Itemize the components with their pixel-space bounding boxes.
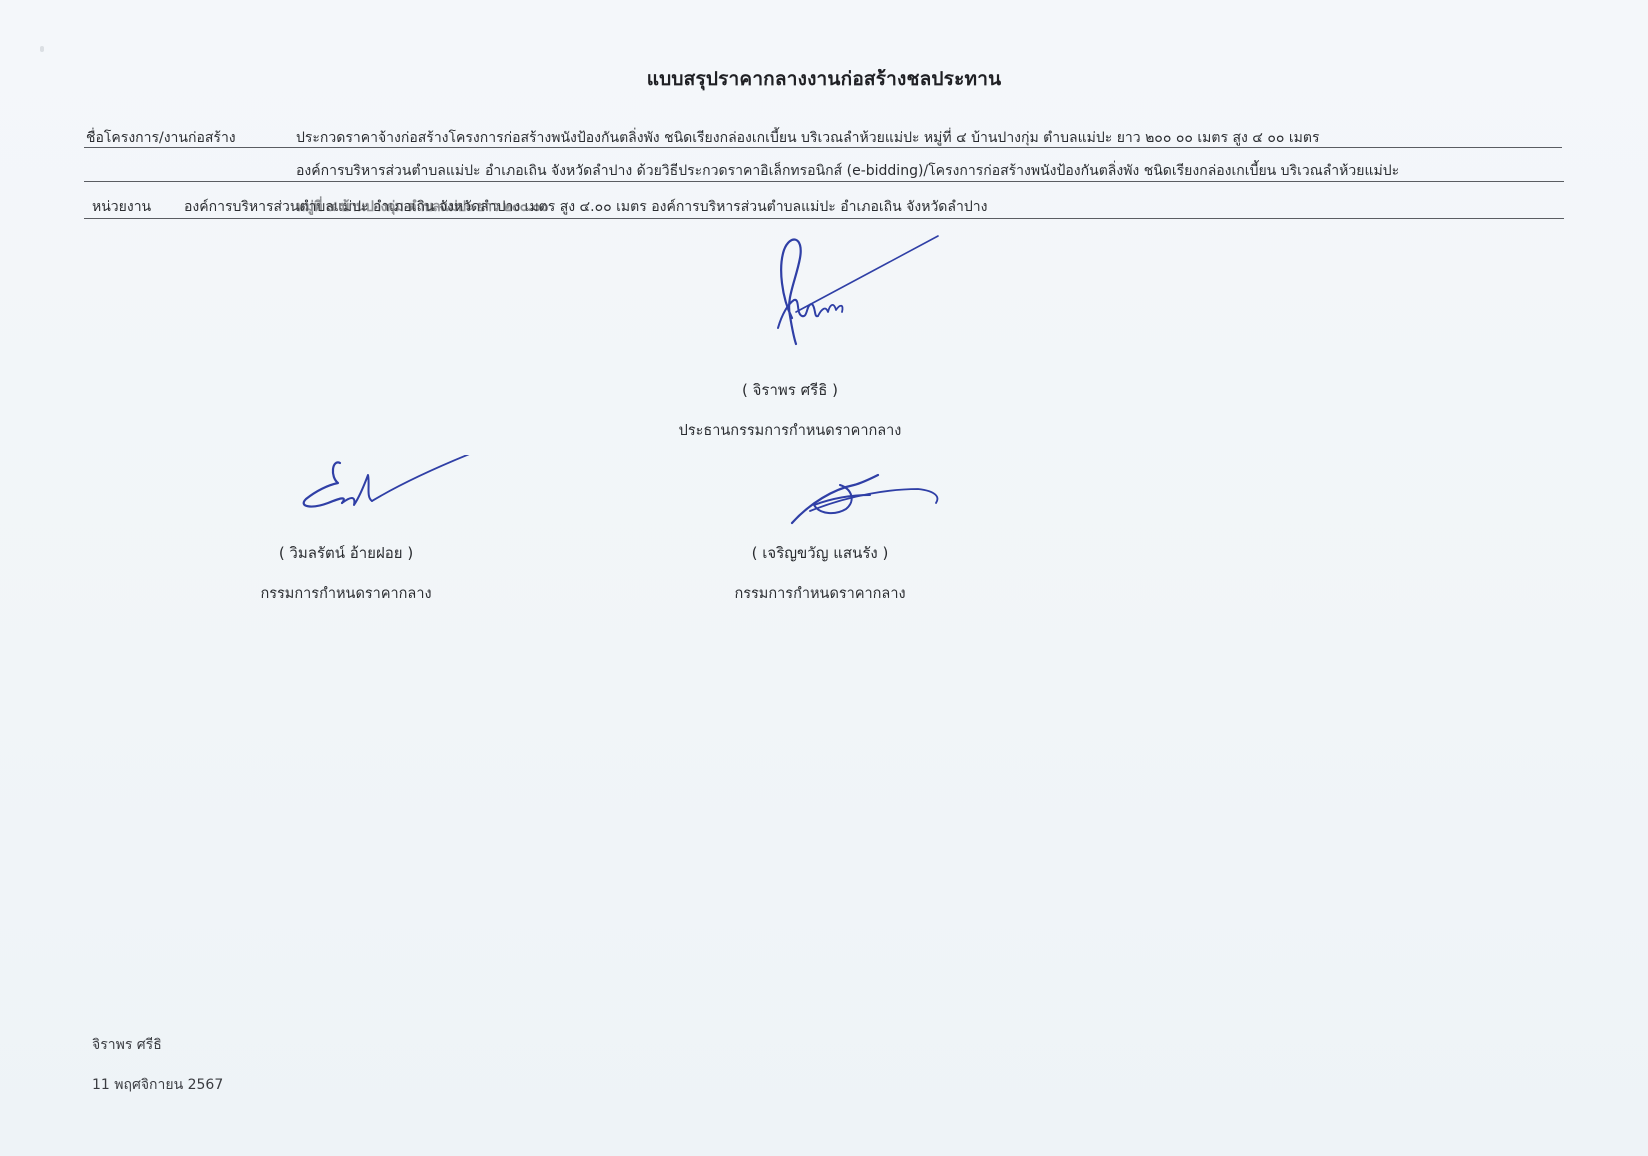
agency-label: หน่วยงาน [92, 196, 151, 218]
member-left-position: กรรมการกำหนดราคากลาง [186, 582, 506, 605]
prepared-by: จิราพร ศรีธิ [92, 1034, 162, 1056]
member-right-signature [790, 465, 950, 530]
member-right-signature-block: ( เจริญขวัญ แสนรัง ) กรรมการกำหนดราคากลา… [660, 541, 980, 605]
document-date: 11 พฤศจิกายน 2567 [92, 1074, 223, 1096]
chair-position: ประธานกรรมการกำหนดราคากลาง [640, 419, 940, 442]
scan-speck [40, 46, 44, 52]
row-divider [84, 218, 1564, 219]
chair-name: ( จิราพร ศรีธิ ) [640, 378, 940, 402]
member-right-name: ( เจริญขวัญ แสนรัง ) [660, 541, 980, 565]
project-label: ชื่อโครงการ/งานก่อสร้าง [86, 127, 236, 149]
member-left-signature [298, 455, 478, 525]
project-text-line-1: ประกวดราคาจ้างก่อสร้างโครงการก่อสร้างพนั… [296, 127, 1320, 149]
agency-overlapping-text: หมู่ที่ ๔ บ้านปางกุ่ม ตำบลแม่ปะ ยาว ๒๐๐.… [296, 196, 548, 218]
member-left-signature-block: ( วิมลรัตน์ อ้ายฝอย ) กรรมการกำหนดราคากล… [186, 541, 506, 605]
document-title: แบบสรุปราคากลางงานก่อสร้างชลประทาน [0, 64, 1648, 94]
document-page: แบบสรุปราคากลางงานก่อสร้างชลประทาน ชื่อโ… [0, 0, 1648, 1156]
member-left-name: ( วิมลรัตน์ อ้ายฝอย ) [186, 541, 506, 565]
member-right-position: กรรมการกำหนดราคากลาง [660, 582, 980, 605]
row-divider [84, 181, 1564, 182]
chair-signature [770, 228, 950, 348]
row-divider [84, 147, 1562, 148]
project-text-line-2: องค์การบริหารส่วนตำบลแม่ปะ อำเภอเถิน จัง… [296, 160, 1399, 182]
chair-signature-block: ( จิราพร ศรีธิ ) ประธานกรรมการกำหนดราคาก… [640, 378, 940, 442]
